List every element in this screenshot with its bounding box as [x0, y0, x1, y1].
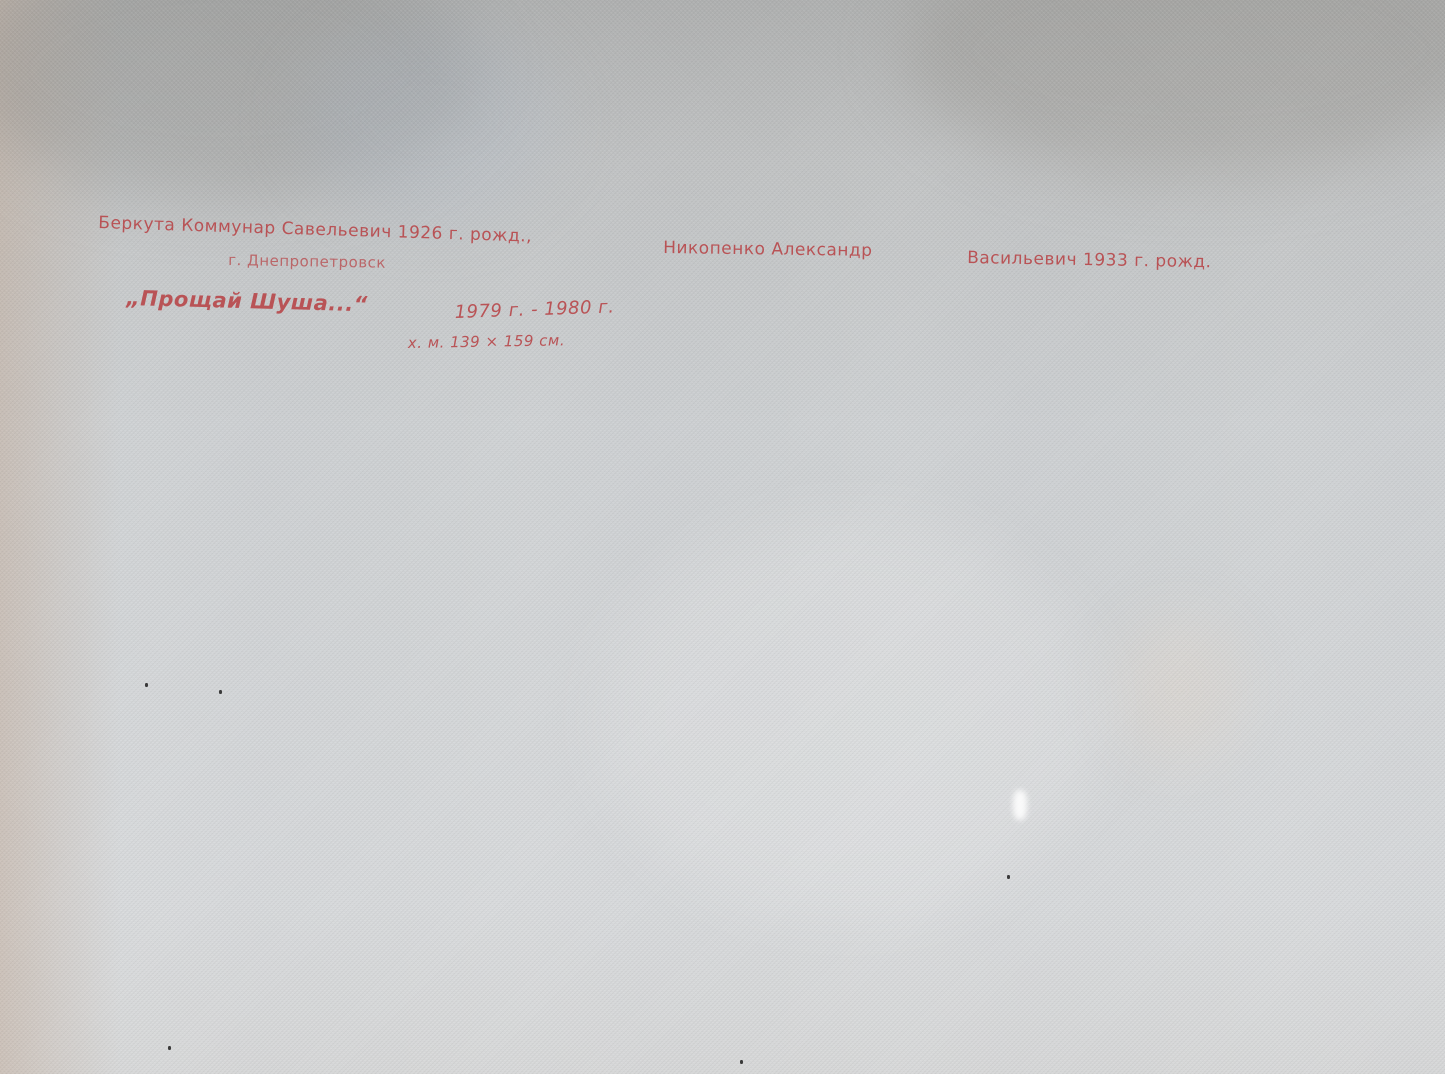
- speck: [168, 1046, 171, 1050]
- inscription-title: „Прощай Шуша...“: [126, 286, 368, 316]
- canvas-back: Беркута Коммунар Савельевич 1926 г. рожд…: [0, 0, 1445, 1074]
- inscription-years: 1979 г. - 1980 г.: [454, 296, 614, 323]
- speck: [1007, 875, 1010, 879]
- speck: [740, 1060, 743, 1064]
- speck: [145, 683, 148, 687]
- bluish-patch: [300, 20, 560, 220]
- shadow-top-left: [0, 0, 480, 200]
- inscription-city: г. Днепропетровск: [228, 251, 386, 272]
- inscription-authors-line-part1: Беркута Коммунар Савельевич 1926 г. рожд…: [98, 213, 532, 247]
- shadow-top-right: [900, 0, 1445, 180]
- light-patch-center: [600, 520, 1100, 920]
- canvas-weave-texture: [0, 0, 1445, 1074]
- paint-highlight: [1013, 790, 1027, 820]
- speck: [219, 690, 222, 694]
- inscription-authors-line-part2: Никопенко Александр: [663, 238, 873, 261]
- warm-patch-right: [1120, 620, 1240, 760]
- inscription-authors-line-part3: Васильевич 1933 г. рожд.: [967, 248, 1212, 272]
- inscription-medium-size: х. м. 139 × 159 см.: [408, 331, 566, 352]
